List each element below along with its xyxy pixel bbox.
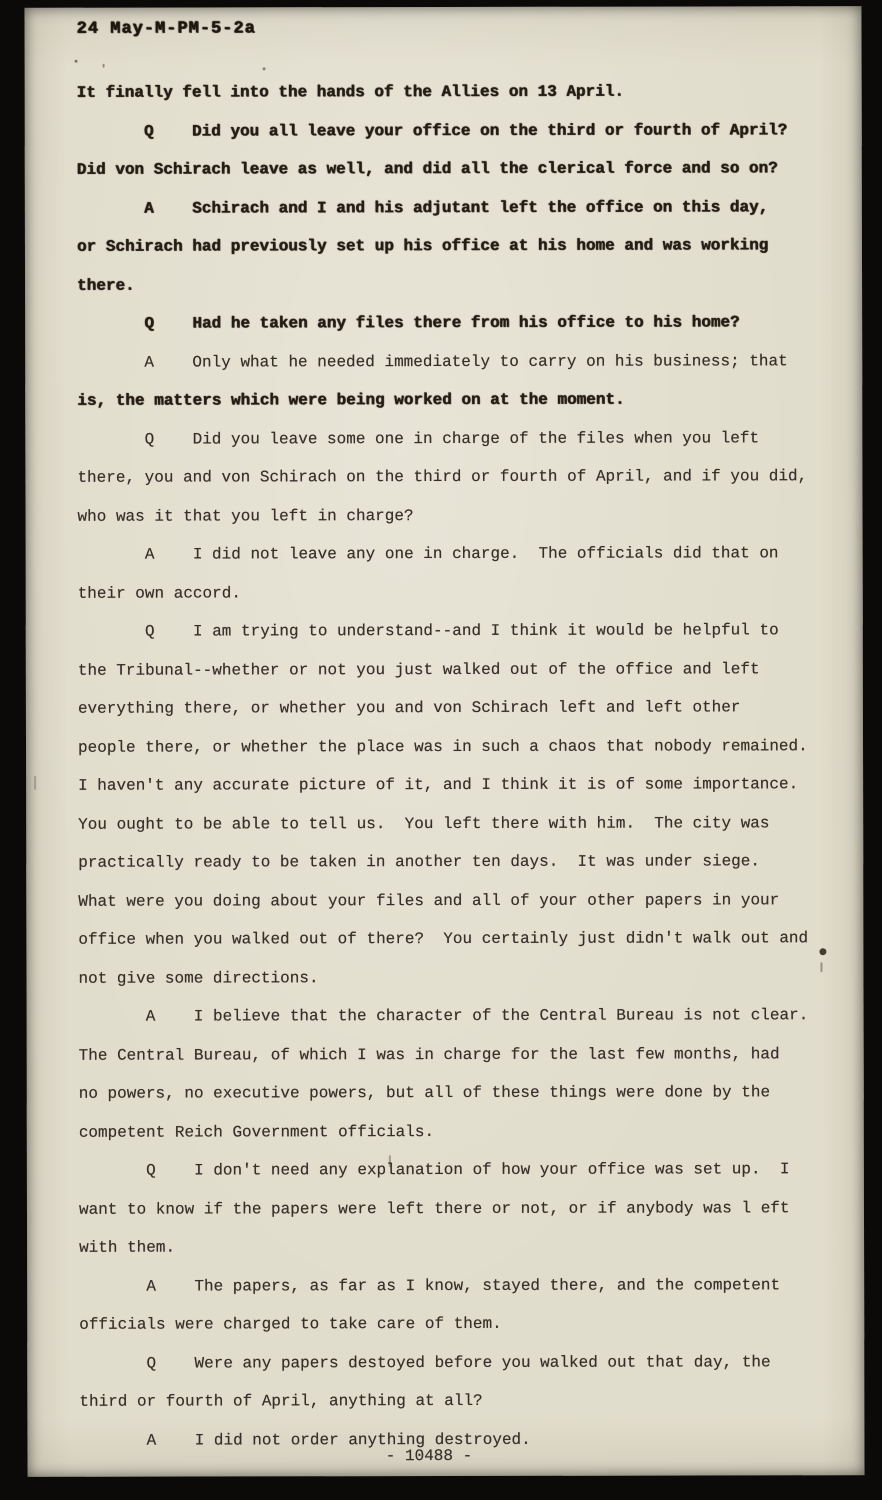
transcript-line: Q Had he taken any files there from his … xyxy=(77,303,857,343)
ink-speck xyxy=(263,67,266,70)
ink-speck xyxy=(820,962,822,972)
transcript-line: You ought to be able to tell us. You lef… xyxy=(78,804,858,844)
ink-speck xyxy=(75,60,78,63)
ink-speck xyxy=(819,948,826,955)
transcript-line: I haven't any accurate picture of it, an… xyxy=(78,765,858,805)
transcript-line: Q I am trying to understand--and I think… xyxy=(78,611,858,651)
transcript-line: It finally fell into the hands of the Al… xyxy=(77,72,857,112)
transcript-line: A The papers, as far as I know, stayed t… xyxy=(79,1266,859,1306)
page-header: 24 May-M-PM-5-2a xyxy=(76,19,255,38)
ink-speck xyxy=(34,776,36,790)
transcript-line: A I believe that the character of the Ce… xyxy=(79,996,859,1036)
transcript-line: competent Reich Government officials. xyxy=(79,1112,859,1152)
transcript-line: everything there, or whether you and von… xyxy=(78,688,858,728)
page-number: - 10488 - xyxy=(27,1446,830,1466)
transcript-line: The Central Bureau, of which I was in ch… xyxy=(79,1035,859,1075)
page: 24 May-M-PM-5-2a It finally fell into th… xyxy=(24,6,864,1477)
transcript-line: there, you and von Schirach on the third… xyxy=(77,457,857,497)
ink-speck xyxy=(103,64,105,68)
transcript-line: third or fourth of April, anything at al… xyxy=(79,1381,859,1421)
transcript-line: A Only what he needed immediately to car… xyxy=(77,342,857,382)
transcript-line: Q Did you all leave your office on the t… xyxy=(77,111,857,151)
transcript-line: A Schirach and I and his adjutant left t… xyxy=(77,188,857,228)
transcript-line: want to know if the papers were left the… xyxy=(79,1189,859,1229)
transcript-line: Q Did you leave some one in charge of th… xyxy=(77,419,857,459)
transcript-line: the Tribunal--whether or not you just wa… xyxy=(78,650,858,690)
transcript-line: Q I don't need any explanation of how yo… xyxy=(79,1150,859,1190)
transcript-line: officials were charged to take care of t… xyxy=(79,1304,859,1344)
transcript-line: is, the matters which were being worked … xyxy=(77,380,857,420)
transcript-line: or Schirach had previously set up his of… xyxy=(77,226,857,266)
transcript-line: with them. xyxy=(79,1227,859,1267)
transcript-line: who was it that you left in charge? xyxy=(77,496,857,536)
transcript-line: What were you doing about your files and… xyxy=(78,881,858,921)
transcript-line: their own accord. xyxy=(78,573,858,613)
document-scan: 24 May-M-PM-5-2a It finally fell into th… xyxy=(0,0,882,1500)
transcript-line: not give some directions. xyxy=(78,958,858,998)
transcript-line: there. xyxy=(77,265,857,305)
transcript-line: Did von Schirach leave as well, and did … xyxy=(77,149,857,189)
ink-speck xyxy=(389,1155,391,1167)
transcript-body: It finally fell into the hands of the Al… xyxy=(77,72,860,1460)
transcript-line: office when you walked out of there? You… xyxy=(78,919,858,959)
transcript-line: Q Were any papers destoyed before you wa… xyxy=(79,1343,859,1383)
transcript-line: people there, or whether the place was i… xyxy=(78,727,858,767)
transcript-line: practically ready to be taken in another… xyxy=(78,842,858,882)
transcript-line: no powers, no executive powers, but all … xyxy=(79,1073,859,1113)
transcript-line: A I did not leave any one in charge. The… xyxy=(78,534,858,574)
